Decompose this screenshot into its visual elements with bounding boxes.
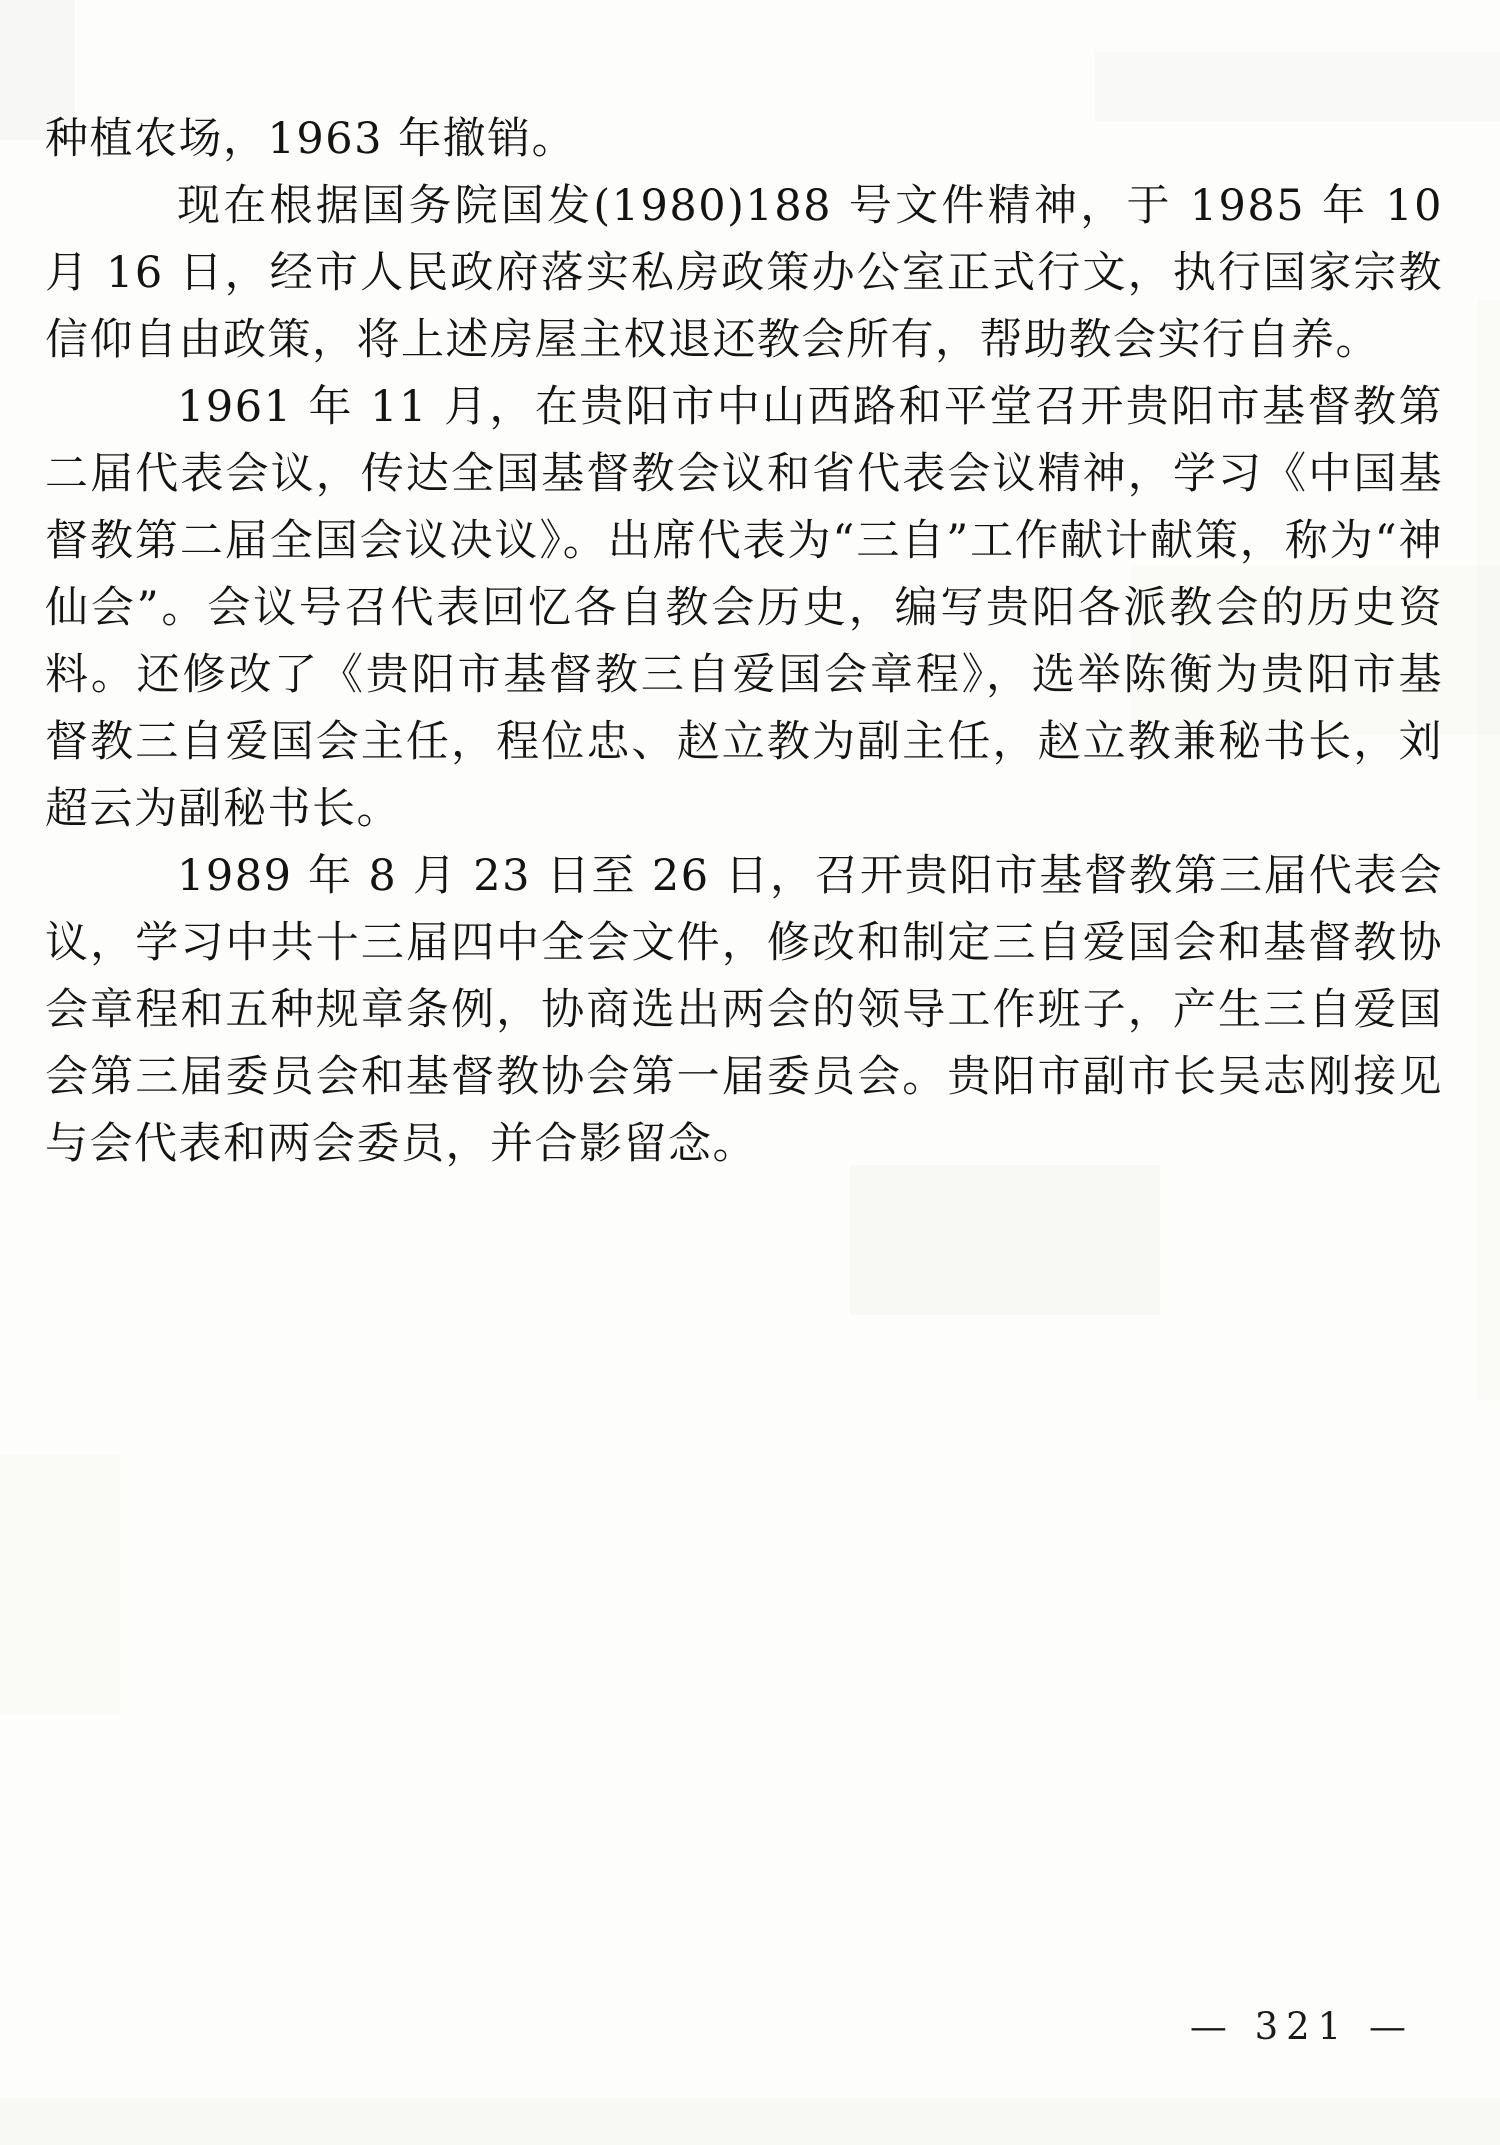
scan-artifact xyxy=(0,1455,120,1715)
paragraph: 现在根据国务院国发(1980)188 号文件精神，于 1985 年 10 月 1… xyxy=(45,173,1443,374)
page-number: — 321 — xyxy=(1190,2005,1414,2048)
scan-artifact xyxy=(0,2098,1500,2145)
scan-artifact xyxy=(1478,300,1500,1400)
scan-artifact xyxy=(850,1165,1160,1315)
scanned-book-page: 种植农场，1963 年撤销。 现在根据国务院国发(1980)188 号文件精神，… xyxy=(0,0,1500,2145)
body-text: 种植农场，1963 年撤销。 现在根据国务院国发(1980)188 号文件精神，… xyxy=(45,106,1443,1178)
paragraph: 1961 年 11 月，在贵阳市中山西路和平堂召开贵阳市基督教第二届代表会议，传… xyxy=(45,374,1443,843)
paragraph: 1989 年 8 月 23 日至 26 日，召开贵阳市基督教第三届代表会议，学习… xyxy=(45,843,1443,1178)
paragraph-continuation: 种植农场，1963 年撤销。 xyxy=(45,106,1443,173)
